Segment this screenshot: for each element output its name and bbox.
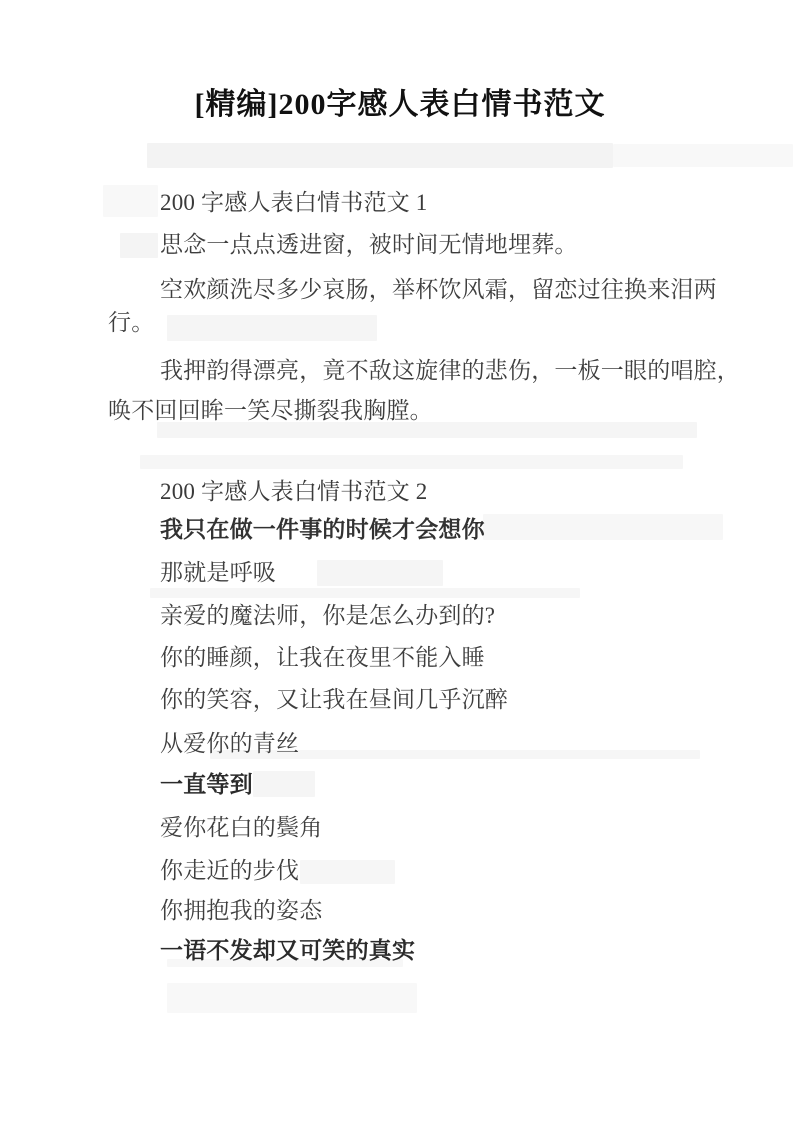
scan-artifact xyxy=(150,588,580,598)
scan-artifact xyxy=(317,560,443,586)
scan-artifact xyxy=(147,143,613,168)
document-page: [精编]200字感人表白情书范文 200 字感人表白情书范文 1 思念一点点透进… xyxy=(0,0,800,1131)
scan-artifact xyxy=(253,771,315,797)
poem-line: 你走近的步伐 xyxy=(160,857,299,884)
scan-artifact xyxy=(300,860,395,884)
section-2-heading: 200 字感人表白情书范文 2 xyxy=(160,478,428,505)
scan-artifact xyxy=(483,514,723,540)
poem-line: 一直等到 xyxy=(160,771,253,798)
poem-line: 你的睡颜，让我在夜里不能入睡 xyxy=(160,644,485,671)
scan-artifact xyxy=(103,185,158,217)
paragraph-line: 唤不回回眸一笑尽撕裂我胸膛。 xyxy=(108,397,433,424)
scan-artifact xyxy=(167,315,377,341)
poem-line: 一语不发却又可笑的真实 xyxy=(160,937,415,964)
paragraph-line: 思念一点点透进窗，被时间无情地埋葬。 xyxy=(160,231,578,258)
scan-artifact xyxy=(140,455,683,469)
paragraph-line: 行。 xyxy=(108,309,154,336)
section-1-heading: 200 字感人表白情书范文 1 xyxy=(160,189,428,216)
poem-line: 从爱你的青丝 xyxy=(160,730,299,757)
poem-line: 你拥抱我的姿态 xyxy=(160,897,322,924)
scan-artifact xyxy=(167,983,417,1013)
poem-line: 我只在做一件事的时候才会想你 xyxy=(160,516,485,543)
poem-line: 爱你花白的鬓角 xyxy=(160,814,322,841)
poem-line: 那就是呼吸 xyxy=(160,559,276,586)
poem-line: 你的笑容，又让我在昼间几乎沉醉 xyxy=(160,686,508,713)
paragraph-line: 我押韵得漂亮，竟不敌这旋律的悲伤，一板一眼的唱腔， xyxy=(160,357,740,384)
poem-line: 亲爱的魔法师，你是怎么办到的? xyxy=(160,602,495,629)
document-title: [精编]200字感人表白情书范文 xyxy=(0,79,800,123)
scan-artifact xyxy=(120,233,158,258)
scan-artifact xyxy=(613,144,793,167)
scan-artifact xyxy=(157,422,697,438)
paragraph-line: 空欢颜洗尽多少哀肠，举杯饮风霜，留恋过往换来泪两 xyxy=(160,276,717,303)
